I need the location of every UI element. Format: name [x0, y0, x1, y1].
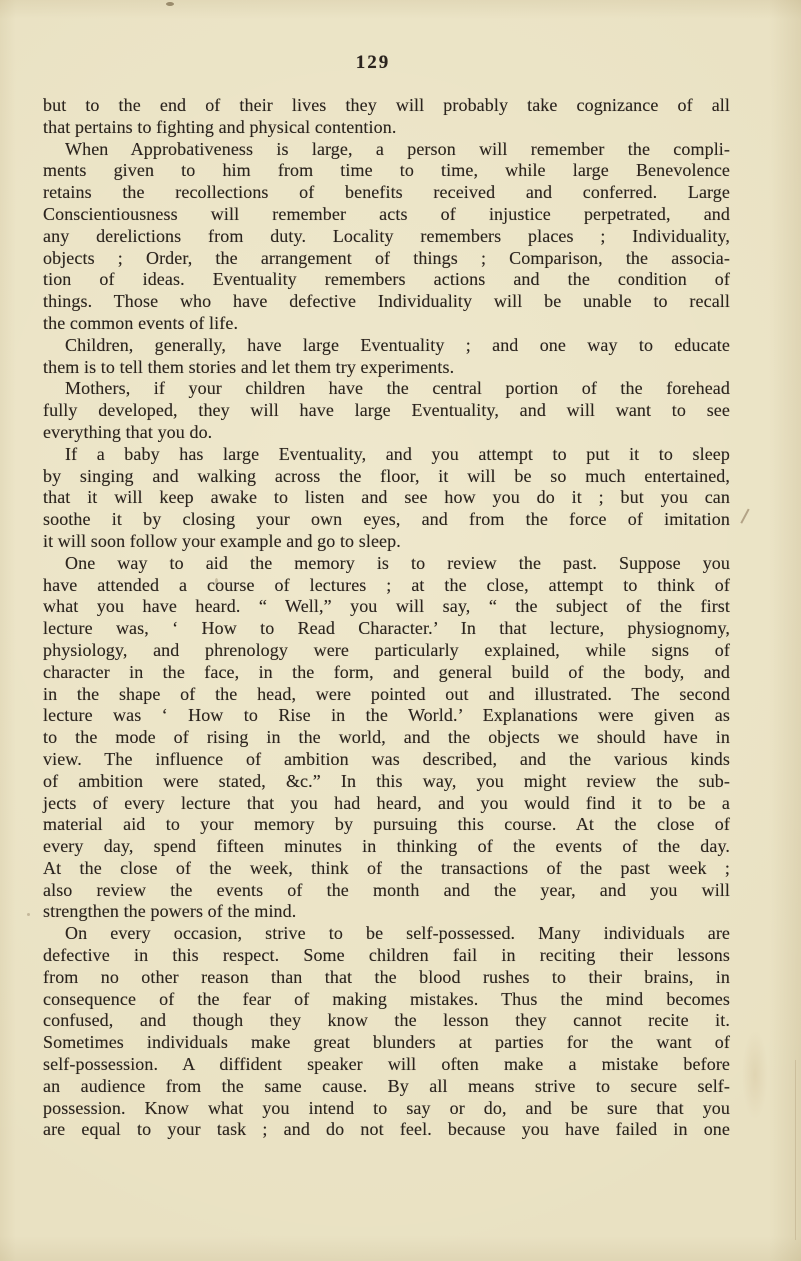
- text-line: of ambition were stated, &c.” In this wa…: [43, 771, 730, 793]
- text-line: in the shape of the head, were pointed o…: [43, 684, 730, 706]
- scan-edge-line: [795, 1060, 796, 1240]
- text-line: by singing and walking across the floor,…: [43, 466, 730, 488]
- text-line: soothe it by closing your own eyes, and …: [43, 509, 730, 531]
- text-line: them is to tell them stories and let the…: [43, 357, 730, 379]
- paragraph: On every occasion, strive to be self-pos…: [43, 923, 730, 1141]
- text-line: are equal to your task ; and do not feel…: [43, 1119, 730, 1141]
- paragraph: Mothers, if your children have the centr…: [43, 378, 730, 443]
- text-line: Children, generally, have large Eventual…: [43, 335, 730, 357]
- text-line: what you have heard. “ Well,” you will s…: [43, 596, 730, 618]
- text-line: the common events of life.: [43, 313, 730, 335]
- text-line: view. The influence of ambition was desc…: [43, 749, 730, 771]
- scan-speck: [166, 2, 174, 6]
- text-line: If a baby has large Eventuality, and you…: [43, 444, 730, 466]
- text-line: Sometimes individuals make great blunder…: [43, 1032, 730, 1054]
- text-line: On every occasion, strive to be self-pos…: [43, 923, 730, 945]
- text-line: At the close of the week, think of the t…: [43, 858, 730, 880]
- text-line: objects ; Order, the arrangement of thin…: [43, 248, 730, 270]
- text-line: jects of every lecture that you had hear…: [43, 793, 730, 815]
- text-line: that pertains to fighting and physical c…: [43, 117, 730, 139]
- paragraph: Children, generally, have large Eventual…: [43, 335, 730, 379]
- text-line: that it will keep awake to listen and se…: [43, 487, 730, 509]
- text-line: material aid to your memory by pursuing …: [43, 814, 730, 836]
- body-text: but to the end of their lives they will …: [43, 95, 730, 1141]
- text-line: physiology, and phrenology were particul…: [43, 640, 730, 662]
- paragraph: If a baby has large Eventuality, and you…: [43, 444, 730, 553]
- text-line: have attended a course of lectures ; at …: [43, 575, 730, 597]
- text-line: any derelictions from duty. Locality rem…: [43, 226, 730, 248]
- text-line: everything that you do.: [43, 422, 730, 444]
- text-line: every day, spend fifteen minutes in thin…: [43, 836, 730, 858]
- paragraph: but to the end of their lives they will …: [43, 95, 730, 139]
- text-line: an audience from the same cause. By all …: [43, 1076, 730, 1098]
- text-line: fully developed, they will have large Ev…: [43, 400, 730, 422]
- text-line: things. Those who have defective Individ…: [43, 291, 730, 313]
- text-line: to the mode of rising in the world, and …: [43, 727, 730, 749]
- text-line: confused, and though they know the lesso…: [43, 1010, 730, 1032]
- text-line: One way to aid the memory is to review t…: [43, 553, 730, 575]
- book-page: 129 but to the end of their lives they w…: [0, 0, 801, 1261]
- paragraph: When Approbativeness is large, a person …: [43, 139, 730, 335]
- text-line: lecture was, ‘ How to Read Character.’ I…: [43, 618, 730, 640]
- text-line: also review the events of the month and …: [43, 880, 730, 902]
- paper-stain: [742, 1030, 768, 1120]
- text-line: it will soon follow your example and go …: [43, 531, 730, 553]
- scan-artifact-slash: [740, 509, 749, 524]
- paragraph: One way to aid the memory is to review t…: [43, 553, 730, 924]
- text-line: strengthen the powers of the mind.: [43, 901, 730, 923]
- text-line: from no other reason than that the blood…: [43, 967, 730, 989]
- page-number: 129: [43, 52, 703, 74]
- text-line: lecture was ‘ How to Rise in the World.’…: [43, 705, 730, 727]
- text-line: tion of ideas. Eventuality remembers act…: [43, 269, 730, 291]
- text-line: but to the end of their lives they will …: [43, 95, 730, 117]
- text-line: Mothers, if your children have the centr…: [43, 378, 730, 400]
- text-line: defective in this respect. Some children…: [43, 945, 730, 967]
- text-line: character in the face, in the form, and …: [43, 662, 730, 684]
- text-line: Conscientiousness will remember acts of …: [43, 204, 730, 226]
- text-line: retains the recollections of benefits re…: [43, 182, 730, 204]
- scan-speck: [27, 913, 30, 916]
- text-line: When Approbativeness is large, a person …: [43, 139, 730, 161]
- text-line: self-possession. A diffident speaker wil…: [43, 1054, 730, 1076]
- text-line: consequence of the fear of making mistak…: [43, 989, 730, 1011]
- text-line: possession. Know what you intend to say …: [43, 1098, 730, 1120]
- text-line: ments given to him from time to time, wh…: [43, 160, 730, 182]
